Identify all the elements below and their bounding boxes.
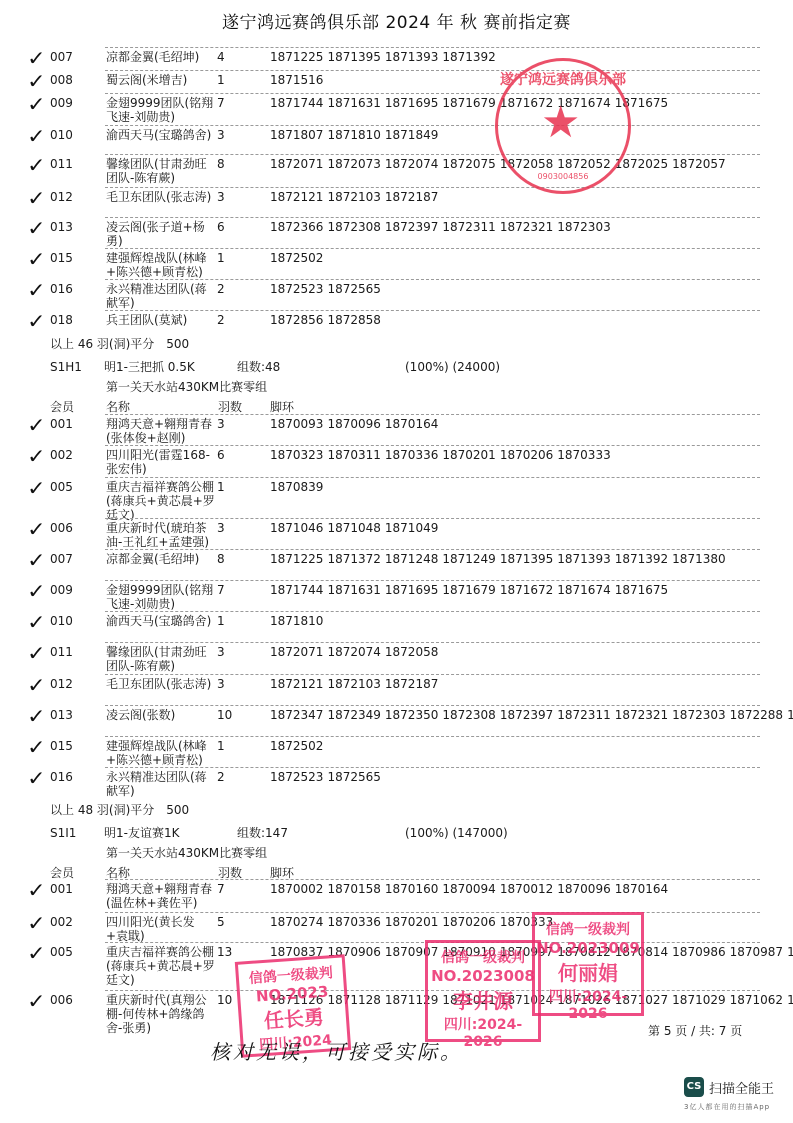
member-code: 011 [50,157,73,171]
team-name: 凉都金翼(毛绍坤) [106,50,216,64]
bird-count: 3 [217,645,225,659]
ring-number: 1870160 [385,882,438,896]
ring-numbers: 1872502 [270,739,770,753]
ring-number: 1871679 [442,96,495,110]
bird-count: 10 [217,993,232,1007]
bird-count: 1 [217,251,225,265]
member-code: 006 [50,521,73,535]
ring-number: 1871380 [672,552,725,566]
team-name: 四川阳光(黄长发+袁戢) [106,915,216,943]
ring-number: 1870206 [442,915,495,929]
ring-number: 1872397 [385,220,438,234]
row-divider [105,611,760,612]
ring-numbers: 1870002187015818701601870094187001218700… [270,882,770,896]
row-divider [105,580,760,581]
section-id: S1I1 [50,826,76,840]
check-mark-icon: ✓ [27,610,45,634]
ring-number: 1870094 [442,882,495,896]
bird-count: 8 [217,157,225,171]
handwritten-note: 核对无误，可接受实际。 [210,1036,463,1065]
bird-count: 7 [217,96,225,110]
member-code: 013 [50,708,73,722]
check-mark-icon: ✓ [27,278,45,302]
ring-numbers: 1871744187163118716951871679187167218716… [270,583,770,597]
ring-number: 1872321 [500,220,553,234]
check-mark-icon: ✓ [27,153,45,177]
bird-count: 7 [217,882,225,896]
column-header-name: 名称 [106,400,130,414]
seal-number: 0903004856 [498,172,628,181]
ring-number: 1871248 [385,552,438,566]
ring-number: 1870158 [327,882,380,896]
ring-number: 1872565 [327,770,380,784]
member-code: 002 [50,448,73,462]
row-divider [105,217,760,218]
ring-number: 1871249 [442,552,495,566]
member-code: 005 [50,480,73,494]
section-id: S1H1 [50,360,82,374]
ring-numbers: 1871225187137218712481871249187139518713… [270,552,770,566]
ring-number: 1871372 [327,552,380,566]
check-mark-icon: ✓ [27,69,45,93]
row-divider [105,674,760,675]
row-divider [105,879,760,880]
check-mark-icon: ✓ [27,309,45,333]
row-divider [105,912,760,913]
bird-count: 6 [217,448,225,462]
member-code: 002 [50,915,73,929]
ring-numbers: 1870323187031118703361870201187020618703… [270,448,770,462]
team-name: 永兴精准达团队(蒋献军) [106,282,216,310]
bird-count: 7 [217,583,225,597]
referee-stamp-3: 信鸽一级裁判 NO.2023009 何丽娟 四川:2024-2026 [532,912,644,1016]
ring-numbers: 187212118721031872187 [270,677,770,691]
ring-number: 1872366 [270,220,323,234]
bird-count: 5 [217,915,225,929]
member-code: 012 [50,677,73,691]
ring-number: 1872397 [500,708,553,722]
ring-number: 1872349 [327,708,380,722]
ring-numbers: 18725231872565 [270,770,770,784]
bird-count: 10 [217,708,232,722]
ring-number: 1871810 [327,128,380,142]
ring-number: 1872350 [385,708,438,722]
member-code: 011 [50,645,73,659]
row-divider [105,70,760,71]
team-name: 蜀云阁(米增吉) [106,73,216,87]
section-percent: (100%) (24000) [405,360,500,374]
member-code: 015 [50,251,73,265]
team-name: 翔鸿天意+翱翔青春(温佐林+龚佐平) [106,882,216,910]
section-subtitle: 第一关天水站430KM比赛零组 [106,846,267,860]
row-divider [105,248,760,249]
team-name: 重庆吉福祥赛鸽公棚(蒋康兵+黄芯晨+罗廷文) [106,945,216,987]
row-divider [105,445,760,446]
ring-number: 1871807 [270,128,323,142]
check-mark-icon: ✓ [27,735,45,759]
ring-number: 1871392 [615,552,668,566]
ring-number: 1871672 [500,583,553,597]
team-name: 翔鸿天意+翱翔青春(张体俊+赵刚) [106,417,216,445]
ring-number: 1871049 [385,521,438,535]
ring-number: 1871631 [327,96,380,110]
section-name: 明1-友谊赛1K [104,826,179,840]
bird-count: 2 [217,313,225,327]
ring-numbers: 187212118721031872187 [270,190,770,204]
check-mark-icon: ✓ [27,878,45,902]
member-code: 009 [50,96,73,110]
check-mark-icon: ✓ [27,641,45,665]
summary-line: 以上 48 羽(洞)平分 500 [50,803,189,817]
ring-number: 1871225 [270,50,323,64]
column-header-count: 羽数 [218,400,242,414]
ring-number: 1871674 [557,583,610,597]
ring-number: 1872523 [270,770,323,784]
team-name: 馨缘团队(甘肃劲旺团队-陈宥蕨) [106,157,216,185]
team-name: 毛卫东团队(张志涛) [106,677,216,691]
row-divider [105,310,760,311]
ring-number: 1871679 [442,583,495,597]
scanned-document-page: 遂宁鸿远赛鸽俱乐部 2024 年 秋 赛前指定赛 007凉都金翼(毛绍坤)418… [0,0,793,1123]
team-name: 金翅9999团队(铭翔飞速-刘勋贵) [106,583,216,611]
ring-numbers: 1872347187234918723501872308187239718723… [270,708,770,722]
member-code: 007 [50,50,73,64]
check-mark-icon: ✓ [27,444,45,468]
ring-number: 1872502 [270,251,323,265]
bird-count: 3 [217,128,225,142]
row-divider [105,518,760,519]
ring-number: 1872308 [327,220,380,234]
ring-number: 1872856 [270,313,323,327]
ring-number: 1870336 [327,915,380,929]
check-mark-icon: ✓ [27,704,45,728]
team-name: 毛卫东团队(张志涛) [106,190,216,204]
ring-number: 1871631 [327,583,380,597]
ring-number: 1870002 [270,882,323,896]
ring-number: 1870839 [787,945,793,959]
check-mark-icon: ✓ [27,673,45,697]
ring-number: 1871392 [442,50,495,64]
column-header-member: 会员 [50,400,74,414]
ring-number: 1872523 [270,282,323,296]
section-percent: (100%) (147000) [405,826,508,840]
ring-number: 1871675 [615,583,668,597]
bird-count: 3 [217,521,225,535]
section-subtitle: 第一关天水站430KM比赛零组 [106,380,267,394]
bird-count: 4 [217,50,225,64]
member-code: 007 [50,552,73,566]
ring-number: 1871744 [270,96,323,110]
ring-number: 1872858 [327,313,380,327]
ring-number: 1871810 [270,614,323,628]
ring-number: 1872121 [270,190,323,204]
row-divider [105,279,760,280]
ring-number: 1870987 [730,945,783,959]
member-code: 001 [50,417,73,431]
team-name: 重庆新时代(真翔公棚-何传林+鸽缘鸽舍-张勇) [106,993,216,1035]
row-divider [105,154,760,155]
ring-number: 1872025 [615,157,668,171]
check-mark-icon: ✓ [27,517,45,541]
bird-count: 3 [217,677,225,691]
member-code: 001 [50,882,73,896]
ring-number: 1870201 [385,915,438,929]
team-name: 永兴精准达团队(蒋献军) [106,770,216,798]
summary-line: 以上 46 羽(洞)平分 500 [50,337,189,351]
ring-number: 1870274 [270,915,323,929]
ring-number: 1871744 [270,583,323,597]
ring-number: 1871516 [270,73,323,87]
row-divider [105,125,760,126]
ring-number: 1870164 [385,417,438,431]
team-name: 四川阳光(雷霆168-张宏伟) [106,448,216,476]
ring-number: 1872071 [270,645,323,659]
group-count: 组数:48 [237,360,280,374]
check-mark-icon: ✓ [27,247,45,271]
column-header-count: 羽数 [218,866,242,880]
member-code: 010 [50,614,73,628]
member-code: 016 [50,770,73,784]
section-name: 明1-三把抓 0.5K [104,360,195,374]
member-code: 010 [50,128,73,142]
ring-number: 1871395 [500,552,553,566]
team-name: 重庆吉福祥赛鸽公棚(蒋康兵+黄芯晨+罗廷文) [106,480,216,522]
ring-numbers: 187207118720741872058 [270,645,770,659]
check-mark-icon: ✓ [27,579,45,603]
row-divider [105,187,760,188]
bird-count: 8 [217,552,225,566]
team-name: 建强辉煌战队(林峰+陈兴德+顾青松) [106,251,216,279]
camscanner-logo-icon: CS [684,1077,704,1097]
ring-number: 1870986 [672,945,725,959]
ring-number: 1871695 [385,96,438,110]
ring-numbers: 1870839 [270,480,770,494]
ring-number: 1872075 [442,157,495,171]
member-code: 013 [50,220,73,234]
bird-count: 1 [217,614,225,628]
row-divider [105,549,760,550]
ring-number: 1870336 [385,448,438,462]
ring-number: 1872058 [385,645,438,659]
ring-number: 1870839 [270,480,323,494]
row-divider [105,642,760,643]
row-divider [105,767,760,768]
ring-number: 1872311 [442,220,495,234]
ring-number: 1872187 [385,677,438,691]
ring-number: 1870323 [270,448,323,462]
ring-number: 1870096 [557,882,610,896]
club-seal: 遂宁鸿远赛鸽俱乐部 ★ 0903004856 [495,58,631,194]
member-code: 006 [50,993,73,1007]
seal-text: 遂宁鸿远赛鸽俱乐部 [498,69,628,89]
ring-number: 1871395 [327,50,380,64]
ring-number: 1872502 [270,739,323,753]
column-header-name: 名称 [106,866,130,880]
ring-numbers: 18725231872565 [270,282,770,296]
team-name: 凉都金翼(毛绍坤) [106,552,216,566]
check-mark-icon: ✓ [27,941,45,965]
ring-number: 1872283 [787,708,793,722]
column-header-member: 会员 [50,866,74,880]
check-mark-icon: ✓ [27,413,45,437]
bird-count: 13 [217,945,232,959]
ring-number: 1871148 [787,993,793,1007]
ring-number: 1872074 [385,157,438,171]
ring-number: 1872121 [270,677,323,691]
column-header-rings: 脚环 [270,400,294,414]
row-divider [105,477,760,478]
ring-number: 1871849 [385,128,438,142]
ring-number: 1871029 [672,993,725,1007]
member-code: 009 [50,583,73,597]
page-indicator: 第 5 页 / 共: 7 页 [648,1022,742,1039]
ring-number: 1870096 [327,417,380,431]
bird-count: 2 [217,282,225,296]
ring-numbers: 18702741870336187020118702061870333 [270,915,770,929]
ring-number: 1872103 [327,190,380,204]
member-code: 005 [50,945,73,959]
check-mark-icon: ✓ [27,124,45,148]
team-name: 渝西天马(宝璐鸽舍) [106,614,216,628]
row-divider [105,47,760,48]
team-name: 凌云阁(张子道+杨勇) [106,220,216,248]
ring-number: 1872321 [615,708,668,722]
ring-number: 1872308 [442,708,495,722]
ring-number: 1872311 [557,708,610,722]
check-mark-icon: ✓ [27,911,45,935]
ring-number: 1871393 [557,552,610,566]
ring-number: 1871393 [385,50,438,64]
group-count: 组数:147 [237,826,288,840]
bird-count: 2 [217,770,225,784]
ring-numbers: 187104618710481871049 [270,521,770,535]
ring-number: 1872303 [672,708,725,722]
team-name: 馨缘团队(甘肃劲旺团队-陈宥蕨) [106,645,216,673]
team-name: 兵王团队(莫斌) [106,313,216,327]
check-mark-icon: ✓ [27,186,45,210]
check-mark-icon: ✓ [27,46,45,70]
ring-number: 1872103 [327,677,380,691]
ring-number: 1871695 [385,583,438,597]
watermark-tagline: 3亿人都在用的扫描App [684,1102,770,1112]
ring-number: 1870093 [270,417,323,431]
row-divider [105,414,760,415]
row-divider [105,93,760,94]
ring-number: 1870164 [615,882,668,896]
referee-stamp-2: 信鸽一级裁判 NO.2023008 李井源 四川:2024-2026 [425,940,541,1042]
bird-count: 3 [217,417,225,431]
document-title: 遂宁鸿远赛鸽俱乐部 2024 年 秋 赛前指定赛 [0,8,793,33]
team-name: 金翅9999团队(铭翔飞速-刘勋贵) [106,96,216,124]
member-code: 016 [50,282,73,296]
team-name: 凌云阁(张数) [106,708,216,722]
check-mark-icon: ✓ [27,766,45,790]
ring-number: 1871062 [730,993,783,1007]
ring-number: 1872057 [672,157,725,171]
ring-number: 1870201 [442,448,495,462]
check-mark-icon: ✓ [27,548,45,572]
ring-number: 1872073 [327,157,380,171]
check-mark-icon: ✓ [27,92,45,116]
check-mark-icon: ✓ [27,216,45,240]
team-name: 建强辉煌战队(林峰+陈兴德+顾青松) [106,739,216,767]
column-header-rings: 脚环 [270,866,294,880]
team-name: 渝西天马(宝璐鸽舍) [106,128,216,142]
team-name: 重庆新时代(琥珀茶油-王礼红+孟建强) [106,521,216,549]
ring-number: 1871048 [327,521,380,535]
check-mark-icon: ✓ [27,476,45,500]
bird-count: 1 [217,739,225,753]
ring-numbers: 187009318700961870164 [270,417,770,431]
ring-number: 1872303 [557,220,610,234]
watermark-app-name: 扫描全能王 [709,1078,774,1097]
bird-count: 3 [217,190,225,204]
ring-number: 1870333 [557,448,610,462]
ring-numbers: 1871810 [270,614,770,628]
row-divider [105,736,760,737]
ring-numbers: 1872502 [270,251,770,265]
bird-count: 1 [217,480,225,494]
member-code: 008 [50,73,73,87]
ring-numbers: 18728561872858 [270,313,770,327]
ring-number: 1872565 [327,282,380,296]
star-icon: ★ [541,97,580,148]
ring-number: 1871046 [270,521,323,535]
ring-number: 1872288 [730,708,783,722]
ring-number: 1872074 [327,645,380,659]
ring-number: 1872347 [270,708,323,722]
ring-number: 1870206 [500,448,553,462]
bird-count: 6 [217,220,225,234]
ring-number: 1870012 [500,882,553,896]
ring-numbers: 1871225187139518713931871392 [270,50,770,64]
ring-number: 1872187 [385,190,438,204]
ring-number: 1871225 [270,552,323,566]
member-code: 018 [50,313,73,327]
row-divider [105,705,760,706]
bird-count: 1 [217,73,225,87]
ring-numbers: 1872366187230818723971872311187232118723… [270,220,770,234]
member-code: 015 [50,739,73,753]
member-code: 012 [50,190,73,204]
ring-number: 1870311 [327,448,380,462]
ring-number: 1872071 [270,157,323,171]
check-mark-icon: ✓ [27,989,45,1013]
